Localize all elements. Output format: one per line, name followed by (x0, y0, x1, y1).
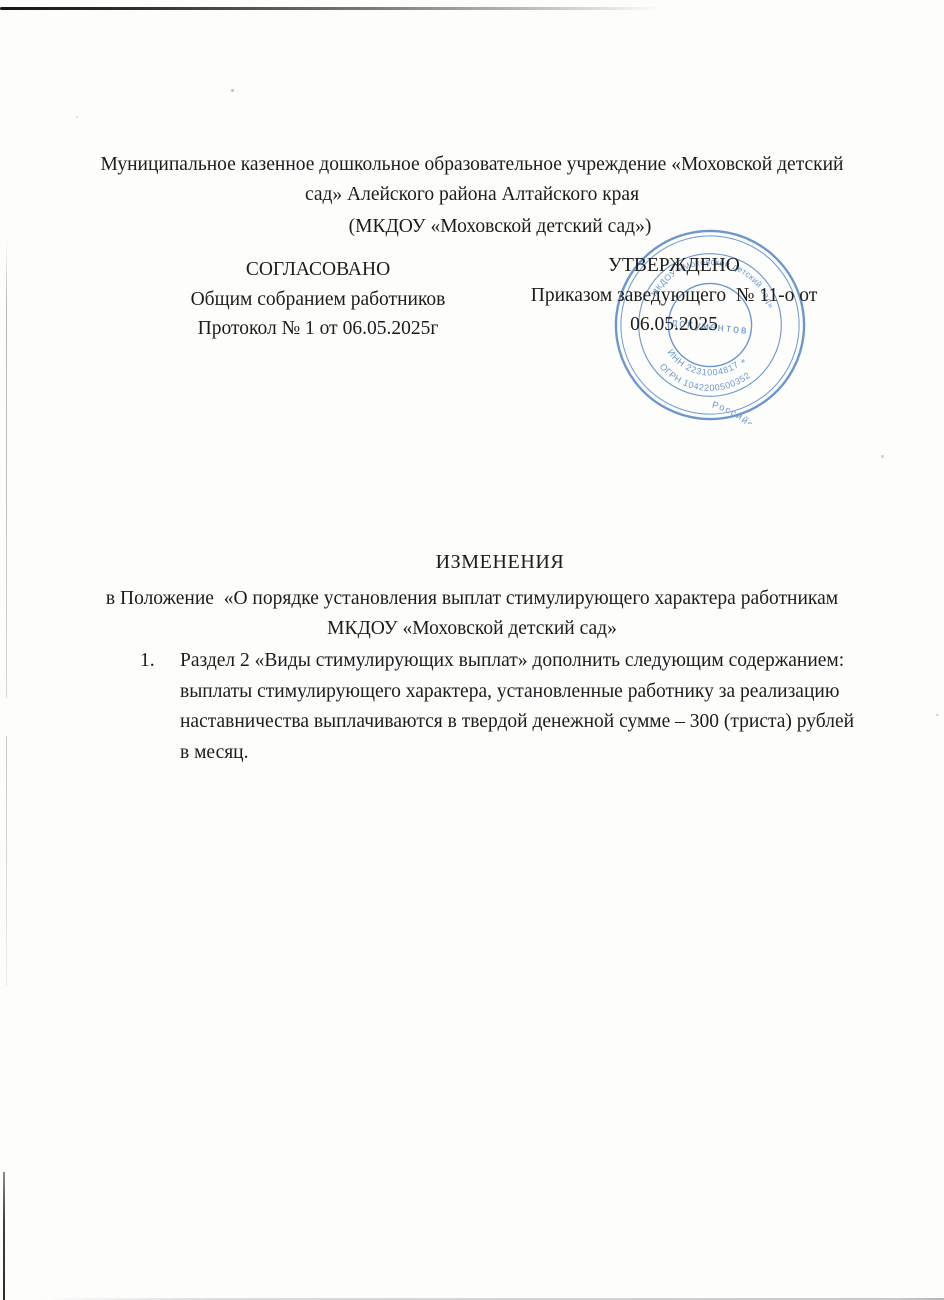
agreed-body: Общим собранием работников (168, 285, 468, 315)
scan-artifact-left-edge-upper (6, 238, 7, 698)
scan-artifact-left-edge-lower (3, 1172, 5, 1300)
scanned-document-page: Муниципальное казенное дошкольное образо… (0, 0, 944, 1300)
scan-artifact-left-edge-middle (6, 736, 7, 986)
list-item-text: Раздел 2 «Виды стимулирующих выплат» доп… (180, 646, 865, 768)
scan-speck (881, 455, 884, 458)
agreed-block: СОГЛАСОВАНО Общим собранием работников П… (168, 255, 468, 344)
list-item: 1. Раздел 2 «Виды стимулирующих выплат» … (140, 646, 865, 768)
doc-subtitle: в Положение «О порядке установления выпл… (92, 584, 852, 644)
approved-order: Приказом заведующего № 11-о от (524, 281, 824, 311)
agreed-title: СОГЛАСОВАНО (168, 255, 468, 285)
scan-artifact-top-edge (0, 7, 660, 10)
approved-title: УТВЕРЖДЕНО (524, 251, 824, 281)
org-full-name: Муниципальное казенное дошкольное образо… (87, 150, 857, 209)
doc-title: ИЗМЕНЕНИЯ (28, 551, 944, 574)
scan-speck (231, 89, 234, 92)
list-item-number: 1. (140, 646, 180, 768)
approved-block: УТВЕРЖДЕНО Приказом заведующего № 11-о о… (524, 251, 824, 340)
scan-speck (936, 714, 939, 716)
agreed-protocol: Протокол № 1 от 06.05.2025г (168, 314, 468, 344)
scan-speck (76, 116, 78, 118)
approved-date: 06.05.2025 (524, 310, 824, 340)
